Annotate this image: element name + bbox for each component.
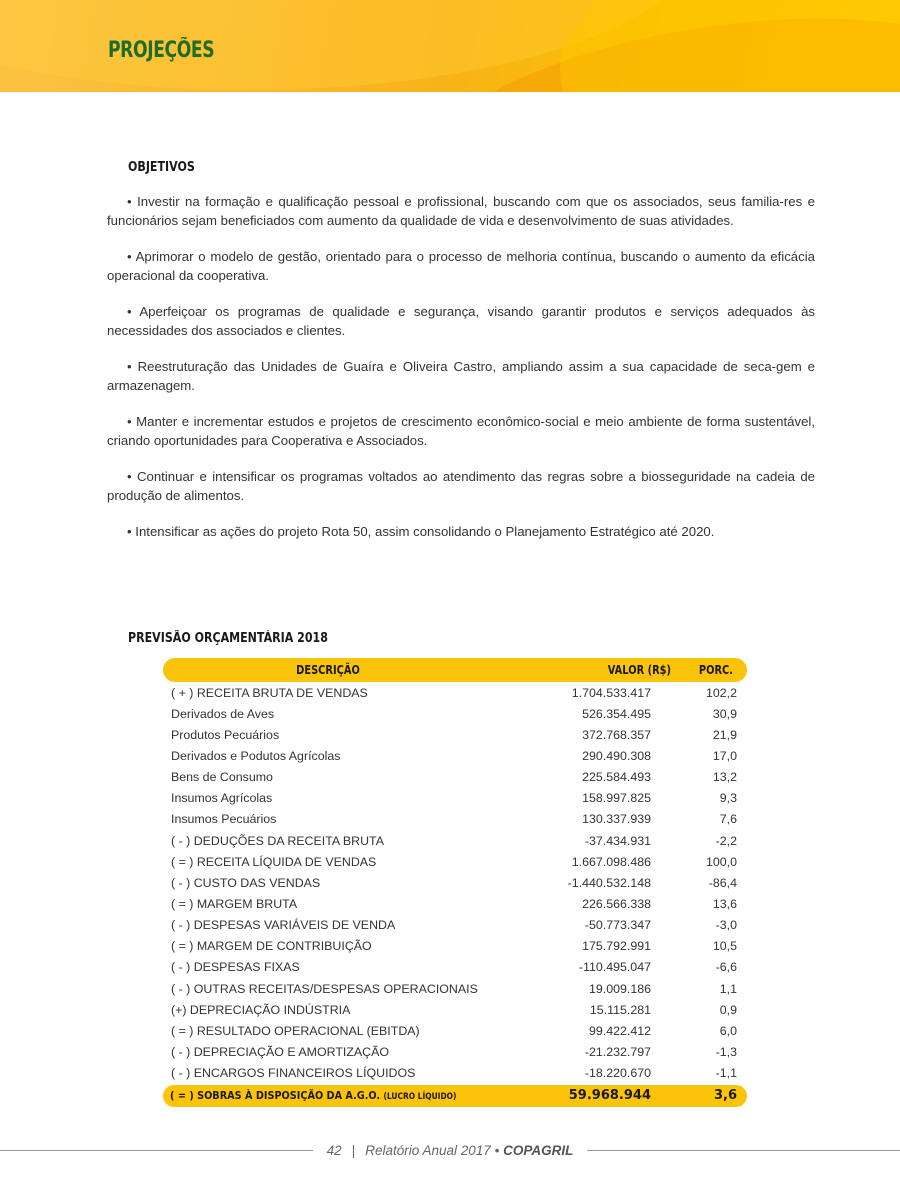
row-value: 175.792.991 — [551, 939, 651, 953]
table-row: ( = ) RESULTADO OPERACIONAL (EBITDA)99.4… — [163, 1020, 747, 1041]
row-value: -18.220.670 — [551, 1066, 651, 1080]
row-description: ( - ) CUSTO DAS VENDAS — [163, 876, 551, 890]
footer-rule — [0, 1150, 313, 1151]
row-value: -1.440.532.148 — [551, 876, 651, 890]
brand-name: COPAGRIL — [503, 1143, 573, 1158]
column-header-percent: PORC. — [682, 663, 733, 677]
row-value: 99.422.412 — [551, 1024, 651, 1038]
total-percent: 3,6 — [651, 1088, 737, 1103]
table-row: ( - ) CUSTO DAS VENDAS-1.440.532.148-86,… — [163, 872, 747, 893]
table-row: Produtos Pecuários372.768.35721,9 — [163, 724, 747, 745]
objectives-list: • Investir na formação e qualificação pe… — [107, 192, 815, 558]
row-description: Produtos Pecuários — [163, 728, 551, 742]
row-percent: 1,1 — [651, 982, 737, 996]
row-description: Derivados e Podutos Agrícolas — [163, 749, 551, 763]
row-description: ( = ) RESULTADO OPERACIONAL (EBITDA) — [163, 1024, 551, 1038]
objective-item: • Reestruturação das Unidades de Guaíra … — [107, 357, 815, 395]
row-value: 1.704.533.417 — [551, 686, 651, 700]
table-row: ( - ) ENCARGOS FINANCEIROS LÍQUIDOS-18.2… — [163, 1063, 747, 1084]
row-description: Insumos Agrícolas — [163, 791, 551, 805]
objective-item: • Continuar e intensificar os programas … — [107, 467, 815, 505]
table-row: Derivados e Podutos Agrícolas290.490.308… — [163, 745, 747, 766]
row-description: Bens de Consumo — [163, 770, 551, 784]
row-value: -50.773.347 — [551, 918, 651, 932]
row-description: ( - ) DEPRECIAÇÃO E AMORTIZAÇÃO — [163, 1045, 551, 1059]
banner-wave — [560, 0, 900, 92]
row-percent: 102,2 — [651, 686, 737, 700]
column-header-value: VALOR (R$) — [525, 663, 671, 677]
row-description: ( - ) DESPESAS VARIÁVEIS DE VENDA — [163, 918, 551, 932]
row-description: Derivados de Aves — [163, 707, 551, 721]
objective-item: • Aprimorar o modelo de gestão, orientad… — [107, 247, 815, 285]
footer-text: 42|Relatório Anual 2017 • COPAGRIL — [313, 1143, 588, 1158]
objectives-title: OBJETIVOS — [128, 160, 195, 175]
row-description: Insumos Pecuários — [163, 812, 551, 826]
objective-item: • Intensificar as ações do projeto Rota … — [107, 522, 815, 541]
row-value: -110.495.047 — [551, 960, 651, 974]
report-name: Relatório Anual 2017 — [365, 1143, 491, 1158]
row-percent: 7,6 — [651, 812, 737, 826]
row-description: ( - ) OUTRAS RECEITAS/DESPESAS OPERACION… — [163, 982, 551, 996]
page-title: PROJEÇÕES — [108, 38, 214, 63]
row-value: 19.009.186 — [551, 982, 651, 996]
row-value: 290.490.308 — [551, 749, 651, 763]
table-row: Bens de Consumo225.584.49313,2 — [163, 767, 747, 788]
page-number: 42 — [327, 1143, 342, 1158]
table-header: DESCRIÇÃO VALOR (R$) PORC. — [163, 658, 747, 682]
row-description: ( = ) MARGEM BRUTA — [163, 897, 551, 911]
row-percent: 9,3 — [651, 791, 737, 805]
row-percent: 100,0 — [651, 855, 737, 869]
table-row: ( = ) RECEITA LÍQUIDA DE VENDAS1.667.098… — [163, 851, 747, 872]
total-value: 59.968.944 — [551, 1088, 651, 1103]
table-row: Derivados de Aves526.354.49530,9 — [163, 703, 747, 724]
row-value: 130.337.939 — [551, 812, 651, 826]
row-percent: 10,5 — [651, 939, 737, 953]
row-value: 1.667.098.486 — [551, 855, 651, 869]
row-value: 372.768.357 — [551, 728, 651, 742]
page-footer: 42|Relatório Anual 2017 • COPAGRIL — [0, 1140, 900, 1160]
objective-item: • Investir na formação e qualificação pe… — [107, 192, 815, 230]
row-description: ( - ) DEDUÇÕES DA RECEITA BRUTA — [163, 834, 551, 848]
row-description: ( = ) RECEITA LÍQUIDA DE VENDAS — [163, 855, 551, 869]
budget-table: DESCRIÇÃO VALOR (R$) PORC. ( + ) RECEITA… — [163, 658, 747, 1107]
header-banner: PROJEÇÕES — [0, 0, 900, 92]
row-percent: 13,2 — [651, 770, 737, 784]
row-value: 226.566.338 — [551, 897, 651, 911]
row-description: ( + ) RECEITA BRUTA DE VENDAS — [163, 686, 551, 700]
table-row: ( + ) RECEITA BRUTA DE VENDAS1.704.533.4… — [163, 682, 747, 703]
row-value: -37.434.931 — [551, 834, 651, 848]
row-value: 158.997.825 — [551, 791, 651, 805]
column-header-description: DESCRIÇÃO — [193, 663, 464, 677]
total-description: ( = ) SOBRAS À DISPOSIÇÃO DA A.G.O. (LUC… — [163, 1089, 504, 1102]
table-row: ( - ) DESPESAS VARIÁVEIS DE VENDA-50.773… — [163, 915, 747, 936]
row-value: 225.584.493 — [551, 770, 651, 784]
row-description: (+) DEPRECIAÇÃO INDÚSTRIA — [163, 1003, 551, 1017]
row-percent: -6,6 — [651, 960, 737, 974]
table-row: ( = ) MARGEM BRUTA226.566.33813,6 — [163, 893, 747, 914]
row-percent: 21,9 — [651, 728, 737, 742]
row-percent: 0,9 — [651, 1003, 737, 1017]
table-row: ( - ) DEPRECIAÇÃO E AMORTIZAÇÃO-21.232.7… — [163, 1041, 747, 1062]
row-description: ( = ) MARGEM DE CONTRIBUIÇÃO — [163, 939, 551, 953]
footer-rule — [587, 1150, 900, 1151]
row-percent: 30,9 — [651, 707, 737, 721]
table-row: ( - ) DESPESAS FIXAS-110.495.047-6,6 — [163, 957, 747, 978]
row-percent: -86,4 — [651, 876, 737, 890]
table-row: (+) DEPRECIAÇÃO INDÚSTRIA15.115.2810,9 — [163, 999, 747, 1020]
row-description: ( - ) ENCARGOS FINANCEIROS LÍQUIDOS — [163, 1066, 551, 1080]
objective-item: • Manter e incrementar estudos e projeto… — [107, 412, 815, 450]
row-percent: 17,0 — [651, 749, 737, 763]
row-percent: -1,1 — [651, 1066, 737, 1080]
table-row: Insumos Pecuários130.337.9397,6 — [163, 809, 747, 830]
table-row: ( - ) DEDUÇÕES DA RECEITA BRUTA-37.434.9… — [163, 830, 747, 851]
row-value: 15.115.281 — [551, 1003, 651, 1017]
row-value: 526.354.495 — [551, 707, 651, 721]
row-description: ( - ) DESPESAS FIXAS — [163, 960, 551, 974]
row-percent: -2,2 — [651, 834, 737, 848]
row-percent: 6,0 — [651, 1024, 737, 1038]
row-percent: -3,0 — [651, 918, 737, 932]
budget-title: PREVISÃO ORÇAMENTÁRIA 2018 — [128, 631, 328, 646]
objective-item: • Aperfeiçoar os programas de qualidade … — [107, 302, 815, 340]
table-total-row: ( = ) SOBRAS À DISPOSIÇÃO DA A.G.O. (LUC… — [163, 1085, 747, 1107]
table-row: Insumos Agrícolas158.997.8259,3 — [163, 788, 747, 809]
table-row: ( - ) OUTRAS RECEITAS/DESPESAS OPERACION… — [163, 978, 747, 999]
row-percent: -1,3 — [651, 1045, 737, 1059]
table-body: ( + ) RECEITA BRUTA DE VENDAS1.704.533.4… — [163, 682, 747, 1084]
row-value: -21.232.797 — [551, 1045, 651, 1059]
table-row: ( = ) MARGEM DE CONTRIBUIÇÃO175.792.9911… — [163, 936, 747, 957]
row-percent: 13,6 — [651, 897, 737, 911]
